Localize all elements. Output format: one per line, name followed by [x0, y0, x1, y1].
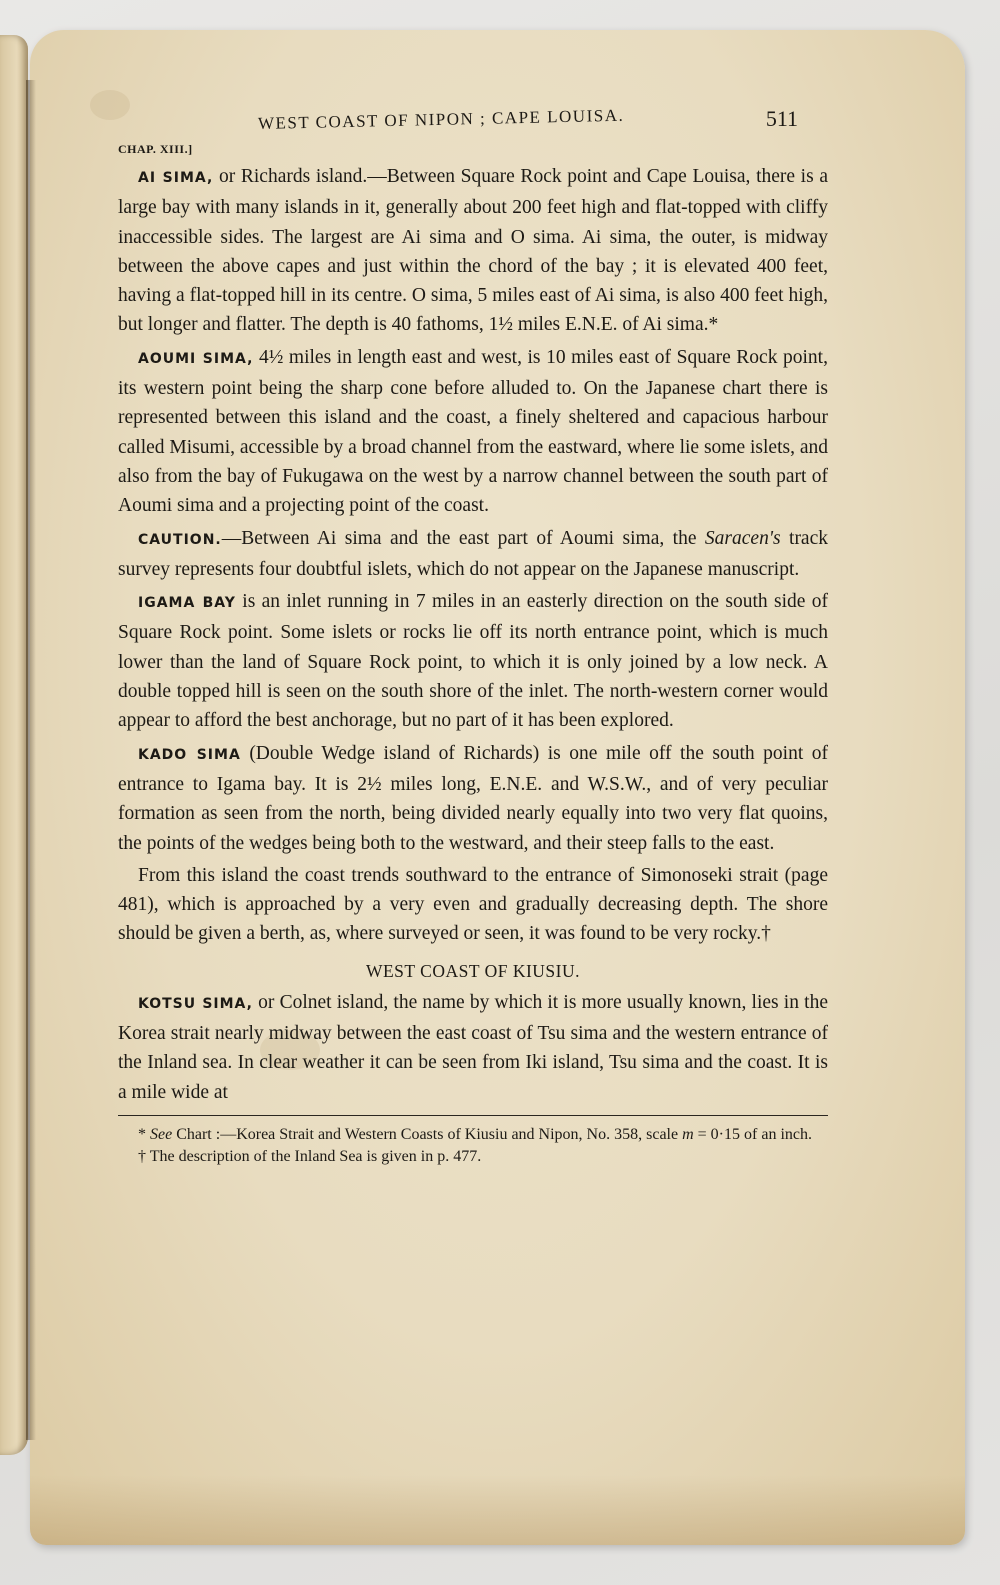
- running-title: WEST COAST OF NIPON ; CAPE LOUISA.: [258, 106, 625, 134]
- gutter-shadow: [26, 80, 36, 1440]
- page-content: CHAP. XIII.] WEST COAST OF NIPON ; CAPE …: [118, 100, 828, 1168]
- footnote-chart: * See Chart :—Korea Strait and Western C…: [118, 1124, 828, 1146]
- lead-term: KADO SIMA: [138, 747, 241, 763]
- paragraph-text: From this island the coast trends southw…: [118, 865, 828, 945]
- footnote-text: Chart :—Korea Strait and Western Coasts …: [172, 1126, 682, 1143]
- footnote-marker: *: [138, 1126, 150, 1143]
- paragraph-ai-sima: AI SIMA, or Richards island.—Between Squ…: [118, 162, 828, 340]
- footnote-symbol: m: [682, 1126, 694, 1143]
- footnote-divider: [118, 1115, 828, 1116]
- running-head: CHAP. XIII.] WEST COAST OF NIPON ; CAPE …: [118, 100, 828, 162]
- paragraph-text: —Between Ai sima and the east part of Ao…: [222, 528, 705, 549]
- paragraph-text: is an inlet running in 7 miles in an eas…: [118, 591, 828, 731]
- paragraph-aoumi-sima: AOUMI SIMA, 4½ miles in length east and …: [118, 343, 828, 521]
- facing-page-edge: [0, 35, 28, 1455]
- paragraph-kado-sima: KADO SIMA (Double Wedge island of Richar…: [118, 739, 828, 858]
- ship-name: Saracen's: [705, 528, 781, 549]
- lead-term: AI SIMA,: [138, 170, 213, 186]
- paragraph-text: or Richards island.—Between Square Rock …: [118, 166, 828, 335]
- paragraph-text: 4½ miles in length east and west, is 10 …: [118, 347, 828, 516]
- lead-term: AOUMI SIMA,: [138, 351, 253, 367]
- footnote-text: = 0·15 of an inch.: [694, 1126, 812, 1143]
- chapter-label: CHAP. XIII.]: [118, 142, 193, 157]
- paragraph-coast-trend: From this island the coast trends southw…: [118, 861, 828, 949]
- section-heading: WEST COAST OF KIUSIU.: [118, 961, 828, 982]
- footnote-see: See: [150, 1126, 172, 1143]
- paragraph-kotsu-sima: KOTSU SIMA, or Colnet island, the name b…: [118, 988, 828, 1107]
- lead-term: IGAMA BAY: [138, 595, 236, 611]
- paragraph-caution: CAUTION.—Between Ai sima and the east pa…: [118, 524, 828, 585]
- lead-term: CAUTION.: [138, 532, 222, 548]
- page-number: 511: [766, 106, 798, 132]
- footnote-inland-sea: † The description of the Inland Sea is g…: [118, 1146, 828, 1168]
- lead-term: KOTSU SIMA,: [138, 996, 253, 1012]
- paragraph-igama-bay: IGAMA BAY is an inlet running in 7 miles…: [118, 587, 828, 735]
